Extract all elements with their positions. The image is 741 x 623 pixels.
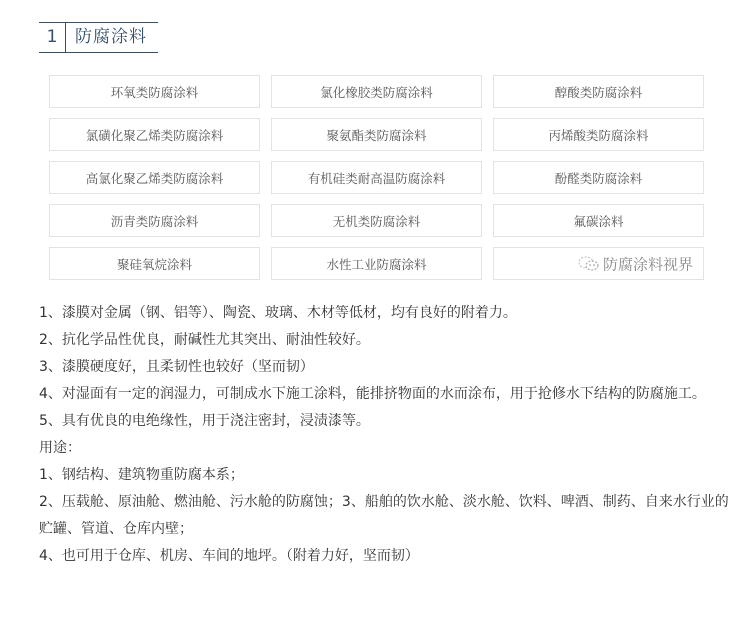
category-label: 水性工业防腐涂料 [326,255,426,273]
category-grid: 环氧类防腐涂料 氯化橡胶类防腐涂料 醇酸类防腐涂料 氯磺化聚乙烯类防腐涂料 聚氨… [49,75,704,280]
article-body: 1、漆膜对金属（钢、铝等）、陶瓷、玻璃、木材等低材，均有良好的附着力。 2、抗化… [39,300,729,570]
feature-item: 2、抗化学品性优良，耐碱性尤其突出、耐油性较好。 [39,327,729,354]
feature-item: 5、具有优良的电绝缘性，用于浇注密封，浸渍漆等。 [39,408,729,435]
category-cell-inorganic[interactable]: 无机类防腐涂料 [271,204,482,237]
feature-item: 1、漆膜对金属（钢、铝等）、陶瓷、玻璃、木材等低材，均有良好的附着力。 [39,300,729,327]
category-cell-hcpe[interactable]: 高氯化聚乙烯类防腐涂料 [49,161,260,194]
category-label: 聚氨酯类防腐涂料 [326,126,426,144]
category-label: 氯磺化聚乙烯类防腐涂料 [86,126,224,144]
category-label: 无机类防腐涂料 [333,212,421,230]
category-cell-watermarked[interactable]: 防腐涂料视界 [493,247,704,280]
section-heading: 1 防腐涂料 [39,22,158,53]
category-cell-acrylic[interactable]: 丙烯酸类防腐涂料 [493,118,704,151]
usage-item: 4、也可用于仓库、机房、车间的地坪。（附着力好，坚而韧） [39,543,729,570]
usage-heading: 用途： [39,435,729,462]
category-label: 酚醛类防腐涂料 [555,169,643,187]
usage-item: 2、压载舱、原油舱、燃油舱、污水舱的防腐蚀；3、船舶的饮水舱、淡水舱、饮料、啤酒… [39,489,729,543]
category-label: 高氯化聚乙烯类防腐涂料 [86,169,224,187]
category-label: 丙烯酸类防腐涂料 [548,126,648,144]
category-label: 聚硅氧烷涂料 [117,255,192,273]
category-label: 沥青类防腐涂料 [111,212,199,230]
category-cell-epoxy[interactable]: 环氧类防腐涂料 [49,75,260,108]
section-number: 1 [39,23,66,52]
category-label: 醇酸类防腐涂料 [555,83,643,101]
category-cell-chlorinated-rubber[interactable]: 氯化橡胶类防腐涂料 [271,75,482,108]
feature-item: 3、漆膜硬度好，且柔韧性也较好（坚而韧） [39,354,729,381]
category-cell-asphalt[interactable]: 沥青类防腐涂料 [49,204,260,237]
section-title: 防腐涂料 [66,23,147,52]
watermark-text: 防腐涂料视界 [603,253,693,274]
usage-item: 1、钢结构、建筑物重防腐本系； [39,462,729,489]
category-cell-waterborne[interactable]: 水性工业防腐涂料 [271,247,482,280]
category-label: 环氧类防腐涂料 [111,83,199,101]
category-cell-fluorocarbon[interactable]: 氟碳涂料 [493,204,704,237]
category-label: 有机硅类耐高温防腐涂料 [308,169,446,187]
category-cell-phenolic[interactable]: 酚醛类防腐涂料 [493,161,704,194]
category-cell-polyurethane[interactable]: 聚氨酯类防腐涂料 [271,118,482,151]
category-cell-silicone[interactable]: 有机硅类耐高温防腐涂料 [271,161,482,194]
category-label: 氟碳涂料 [573,212,623,230]
feature-item: 4、对湿面有一定的润湿力，可制成水下施工涂料，能排挤物面的水而涂布，用于抢修水下… [39,381,729,408]
watermark: 防腐涂料视界 [577,253,693,274]
category-label: 氯化橡胶类防腐涂料 [320,83,433,101]
category-cell-csm[interactable]: 氯磺化聚乙烯类防腐涂料 [49,118,260,151]
category-cell-alkyd[interactable]: 醇酸类防腐涂料 [493,75,704,108]
category-cell-polysiloxane[interactable]: 聚硅氧烷涂料 [49,247,260,280]
wechat-icon [577,255,601,273]
